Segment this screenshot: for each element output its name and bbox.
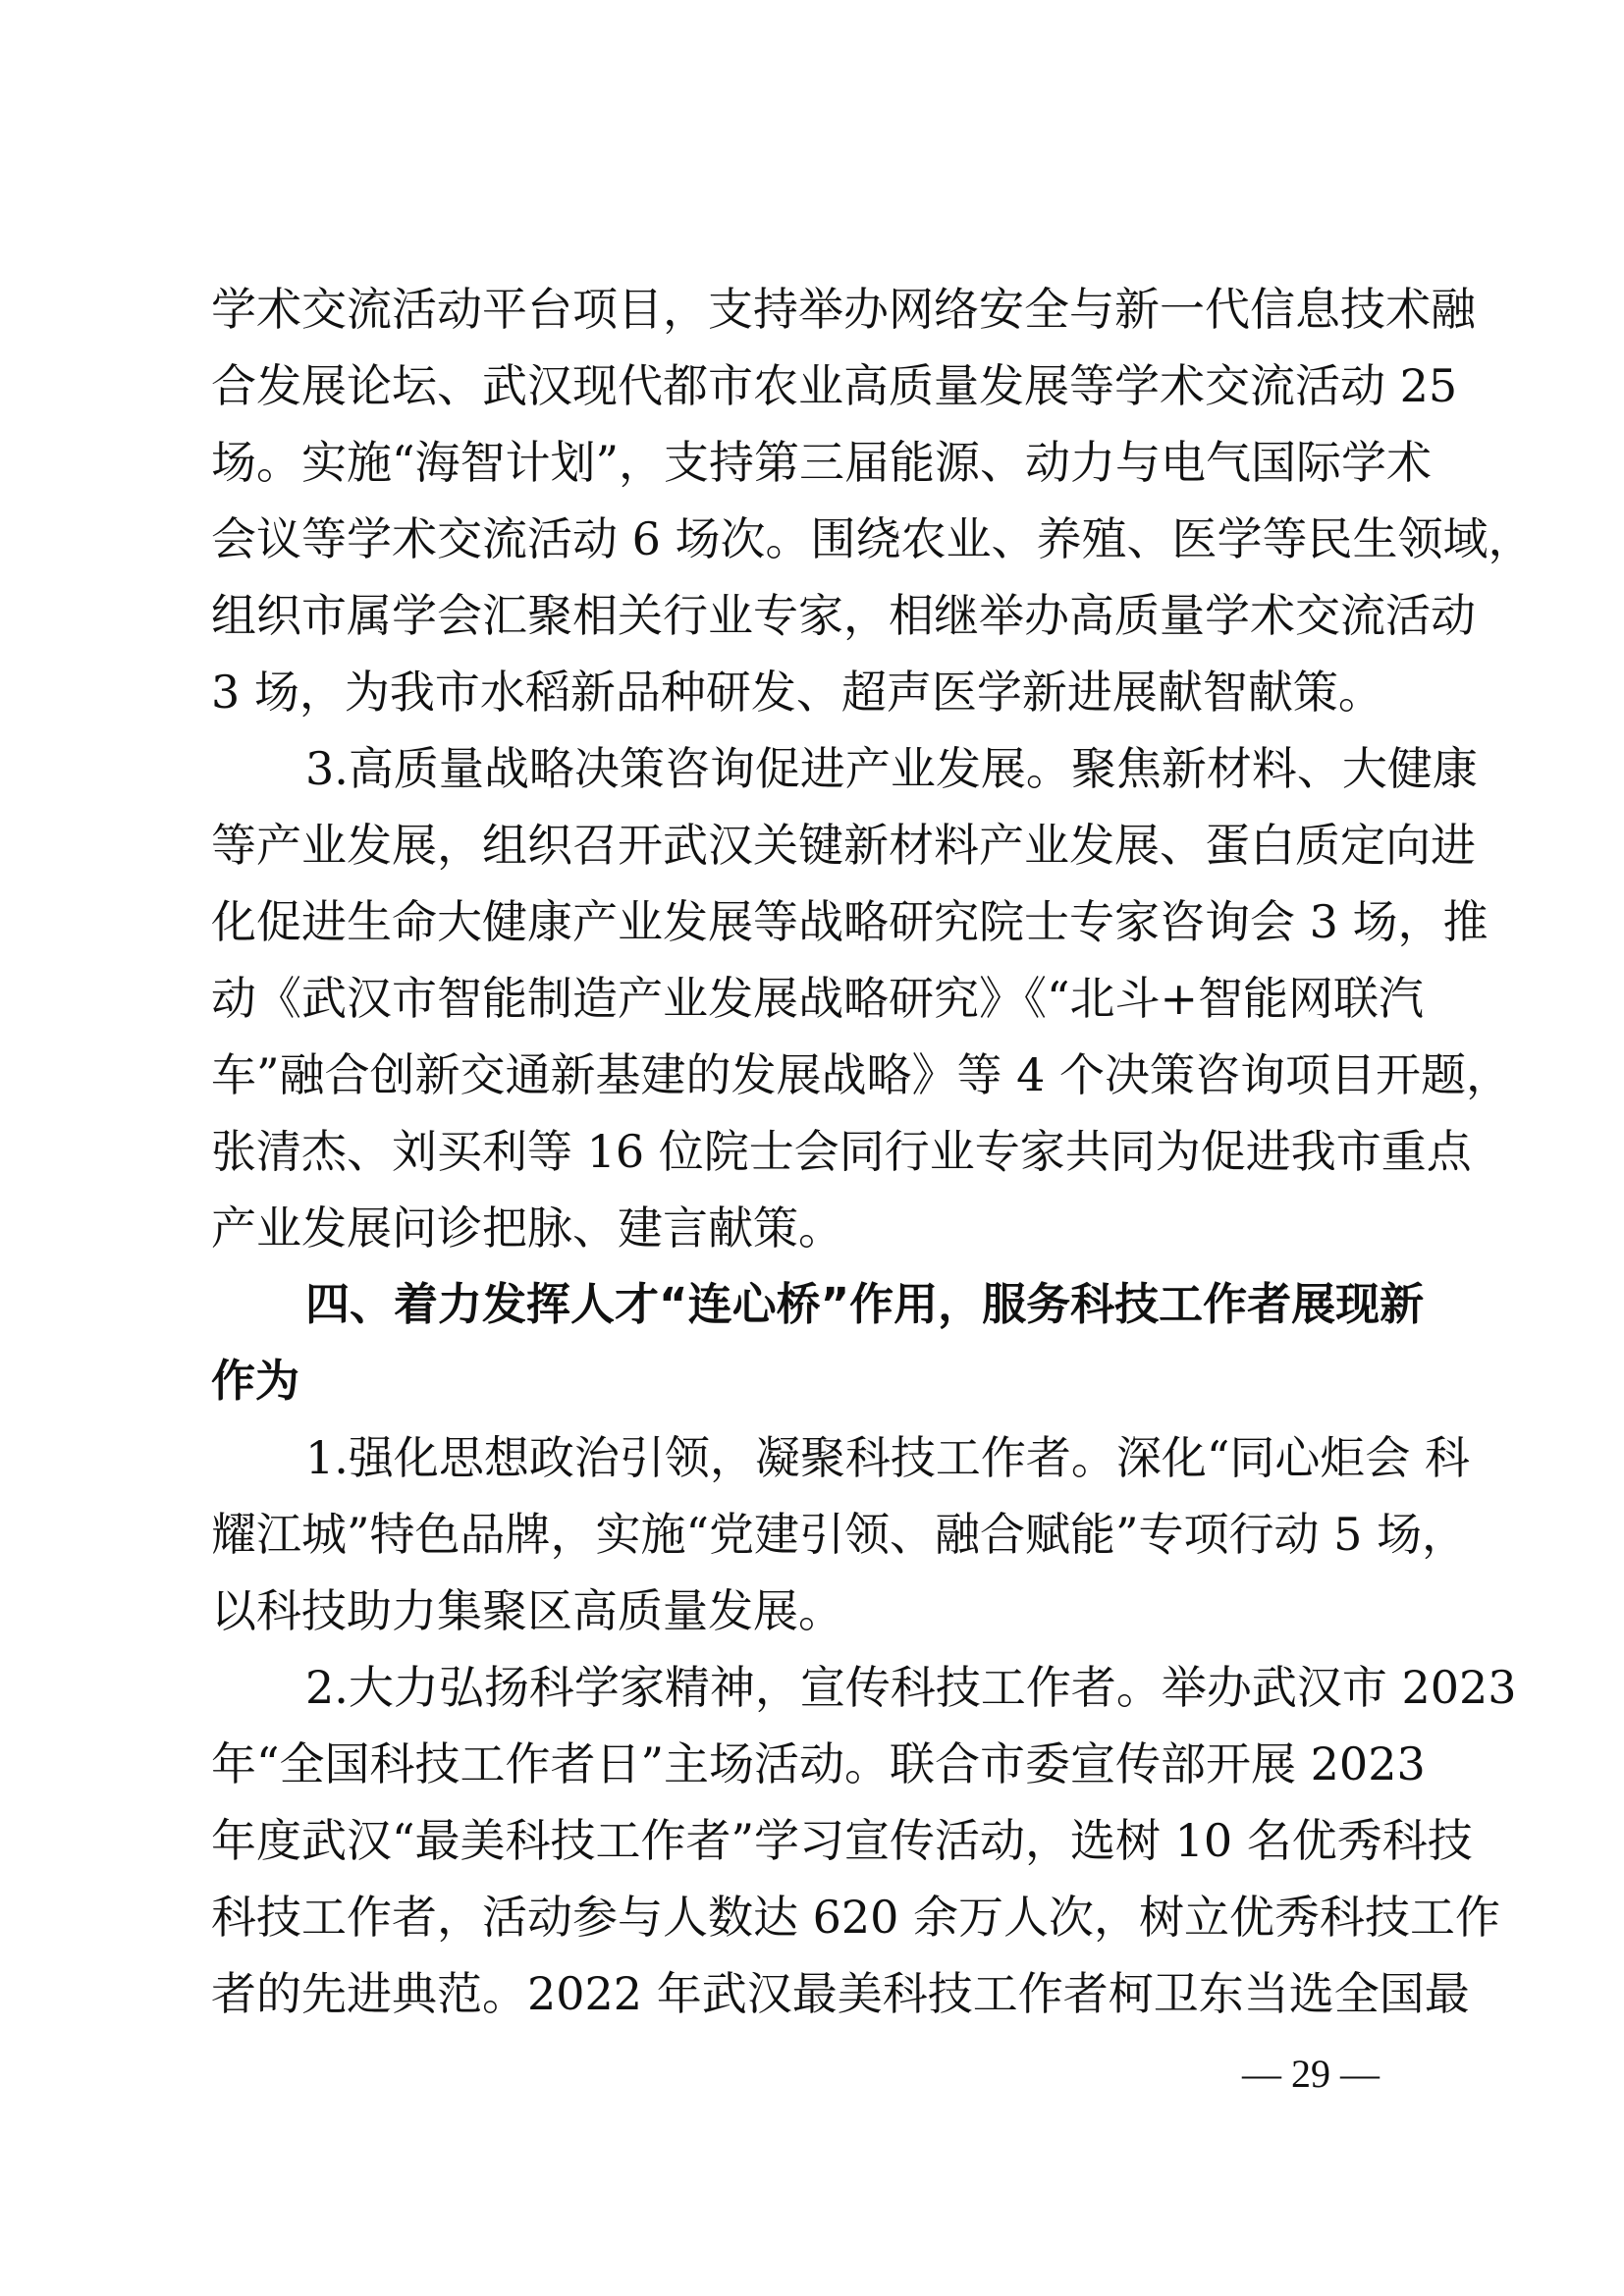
paragraph-line: 1.强化思想政治引领，凝聚科技工作者。深化“同心炬会 科 [211, 1419, 1412, 1496]
body-text: 学术交流活动平台项目，支持举办网络安全与新一代信息技术融 合发展论坛、武汉现代都… [211, 271, 1412, 2032]
paragraph-line: 学术交流活动平台项目，支持举办网络安全与新一代信息技术融 [211, 271, 1412, 347]
paragraph-line: 等产业发展，组织召开武汉关键新材料产业发展、蛋白质定向进 [211, 807, 1412, 883]
section-heading: 四、着力发挥人才“连心桥”作用，服务科技工作者展现新 [211, 1266, 1412, 1343]
paragraph-line: 耀江城”特色品牌，实施“党建引领、融合赋能”专项行动 5 场， [211, 1496, 1412, 1573]
paragraph-line: 3.高质量战略决策咨询促进产业发展。聚焦新材料、大健康 [211, 730, 1412, 807]
paragraph-line: 张清杰、刘买利等 16 位院士会同行业专家共同为促进我市重点 [211, 1113, 1412, 1190]
paragraph-line: 产业发展问诊把脉、建言献策。 [211, 1190, 1412, 1266]
paragraph-line: 合发展论坛、武汉现代都市农业高质量发展等学术交流活动 25 [211, 347, 1412, 424]
document-page: 学术交流活动平台项目，支持举办网络安全与新一代信息技术融 合发展论坛、武汉现代都… [0, 0, 1624, 2296]
paragraph-line: 2.大力弘扬科学家精神，宣传科技工作者。举办武汉市 2023 [211, 1649, 1412, 1726]
paragraph-line: 3 场，为我市水稻新品种研发、超声医学新进展献智献策。 [211, 654, 1412, 730]
paragraph-line: 年度武汉“最美科技工作者”学习宣传活动，选树 10 名优秀科技 [211, 1802, 1412, 1879]
paragraph-line: 组织市属学会汇聚相关行业专家，相继举办高质量学术交流活动 [211, 577, 1412, 654]
paragraph-line: 化促进生命大健康产业发展等战略研究院士专家咨询会 3 场，推 [211, 883, 1412, 960]
section-heading: 作为 [211, 1343, 1412, 1419]
paragraph-line: 者的先进典范。2022 年武汉最美科技工作者柯卫东当选全国最 [211, 1955, 1412, 2032]
paragraph-line: 场。实施“海智计划”，支持第三届能源、动力与电气国际学术 [211, 424, 1412, 501]
paragraph-line: 科技工作者，活动参与人数达 620 余万人次，树立优秀科技工作 [211, 1879, 1412, 1955]
paragraph-line: 车”融合创新交通新基建的发展战略》等 4 个决策咨询项目开题， [211, 1037, 1412, 1113]
paragraph-line: 动《武汉市智能制造产业发展战略研究》《“北斗+智能网联汽 [211, 960, 1412, 1037]
paragraph-line: 会议等学术交流活动 6 场次。围绕农业、养殖、医学等民生领域， [211, 501, 1412, 577]
page-number: — 29 — [1227, 2050, 1394, 2099]
paragraph-line: 以科技助力集聚区高质量发展。 [211, 1573, 1412, 1649]
paragraph-line: 年“全国科技工作者日”主场活动。联合市委宣传部开展 2023 [211, 1726, 1412, 1802]
